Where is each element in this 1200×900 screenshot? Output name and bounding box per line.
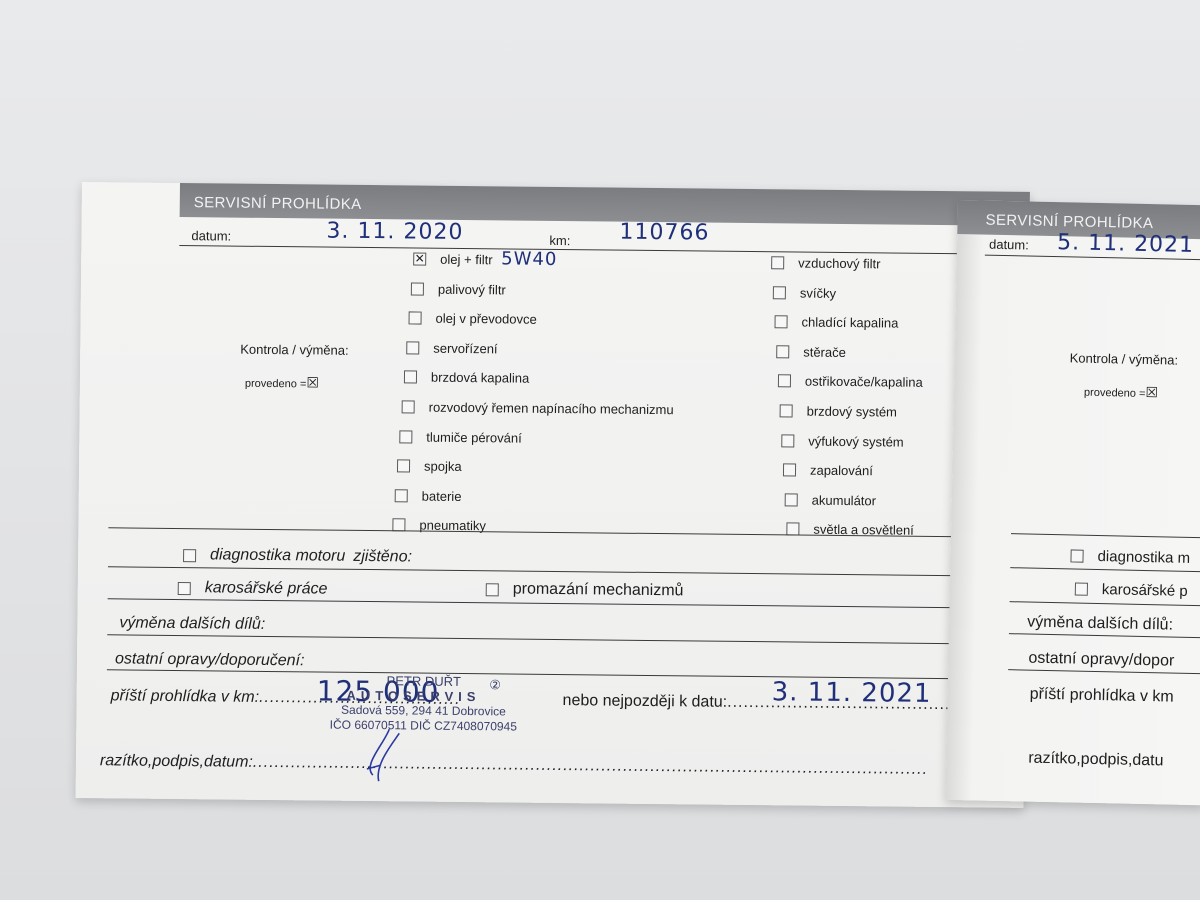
checklist-item-label: vzduchový filtr	[798, 256, 881, 272]
diagnostika-row[interactable]: diagnostika m	[1070, 547, 1190, 567]
checklist-item[interactable]: rozvodový řemen napínacího mechanizmu	[402, 399, 674, 417]
service-stamp: PETR DUŘT AUTOSERVIS ② Sadová 559, 294 4…	[288, 672, 559, 735]
karosarske-label: karosářské p	[1102, 581, 1188, 600]
karosarske-row[interactable]: karosářské práce	[178, 579, 328, 599]
checklist-item-label: spojka	[424, 459, 462, 474]
checklist-item[interactable]: ✕olej + filtr	[413, 251, 493, 267]
checklist-item[interactable]: chladící kapalina	[774, 314, 898, 330]
checklist-item[interactable]: olej v převodovce	[409, 311, 537, 327]
checklist-item[interactable]: palivový filtr	[411, 281, 506, 297]
checklist-item[interactable]: tlumiče pérování	[399, 429, 522, 445]
razitko-label: razítko,podpis,datu	[1028, 750, 1164, 771]
datum-value: 3. 11. 2020	[326, 219, 463, 245]
checkbox-diagnostika[interactable]	[1070, 549, 1083, 562]
checkbox[interactable]	[409, 312, 422, 325]
checklist-item[interactable]: brzdový systém	[780, 403, 897, 419]
checkbox[interactable]	[399, 430, 412, 443]
service-record-page-2021: SERVISNÍ PROHLÍDKA datum: 5. 11. 2021 Ko…	[945, 200, 1200, 805]
checkbox-karosarske[interactable]	[178, 582, 191, 595]
checklist-item-label: olej v převodovce	[436, 311, 537, 327]
provedeno-legend: provedeno =☒	[1084, 383, 1158, 402]
checklist-item-label: zapalování	[810, 463, 873, 479]
checkbox[interactable]	[781, 434, 794, 447]
stamp-mark: ②	[489, 677, 501, 692]
checkbox[interactable]	[397, 460, 410, 473]
checklist-item[interactable]: baterie	[395, 488, 462, 504]
checklist-item-label: baterie	[422, 488, 462, 503]
checklist-item[interactable]: servořízení	[406, 340, 497, 356]
checklist-item[interactable]: stěrače	[776, 344, 846, 360]
checklist-item[interactable]: zapalování	[783, 463, 873, 479]
checklist-item-label: chladící kapalina	[801, 315, 898, 331]
datum-underline	[179, 245, 1029, 255]
checkbox[interactable]	[402, 400, 415, 413]
page-header: SERVISNÍ PROHLÍDKA	[180, 183, 1030, 226]
stamp-ids: IČO 66070511 DIČ CZ7408070945	[288, 717, 558, 735]
vymena-label: výměna dalších dílů:	[1027, 614, 1173, 635]
vymena-underline	[107, 634, 997, 644]
karosarske-underline	[1010, 601, 1200, 607]
checklist-bottom-rule	[1011, 533, 1200, 539]
karosarske-underline	[108, 598, 998, 608]
checklist-item[interactable]: spojka	[397, 459, 462, 475]
checkbox[interactable]	[778, 375, 791, 388]
checkbox[interactable]	[404, 371, 417, 384]
karosarske-label: karosářské práce	[205, 579, 328, 598]
nebo-value: 3. 11. 2021	[772, 677, 932, 709]
checklist-item-label: olej + filtr	[440, 252, 493, 268]
ostatni-label: ostatní opravy/dopor	[1028, 650, 1174, 671]
service-record-page-2020: SERVISNÍ PROHLÍDKA datum: 3. 11. 2020 km…	[76, 182, 1030, 808]
zjisteno-label: zjištěno:	[353, 548, 412, 567]
checklist-item[interactable]: ostřikovače/kapalina	[778, 374, 923, 391]
checkbox[interactable]	[406, 341, 419, 354]
diagnostika-underline	[108, 566, 998, 576]
datum-value: 5. 11. 2021	[1057, 230, 1194, 258]
checklist-item-label: akumulátor	[812, 492, 876, 508]
checkbox-diagnostika[interactable]	[183, 549, 196, 562]
checklist-item[interactable]: akumulátor	[785, 492, 876, 508]
provedeno-label: provedeno =	[1084, 387, 1146, 400]
checked-box-icon: ☒	[1145, 384, 1158, 400]
checklist-item[interactable]: výfukový systém	[781, 433, 904, 449]
pristi-km-label: příští prohlídka v km	[1029, 686, 1173, 707]
checkbox-checked[interactable]: ✕	[413, 252, 426, 265]
checkbox[interactable]	[780, 404, 793, 417]
kontrola-label: Kontrola / výměna:	[1070, 350, 1179, 367]
checklist-item-label: brzdový systém	[807, 404, 897, 420]
nebo-text: nebo nejpozději k datu:	[563, 692, 728, 711]
checklist-item-label: výfukový systém	[808, 433, 904, 449]
datum-label: datum:	[989, 237, 1029, 253]
signature	[361, 725, 402, 785]
diagnostika-label: diagnostika motoru	[210, 546, 345, 565]
checkbox-promazani[interactable]	[486, 583, 499, 596]
dotted-fill: ........................................…	[253, 754, 928, 778]
checkbox[interactable]	[776, 345, 789, 358]
checklist-item[interactable]: brzdová kapalina	[404, 370, 529, 386]
checkbox[interactable]	[395, 489, 408, 502]
vymena-label: výměna dalších dílů:	[119, 614, 265, 634]
provedeno-label: provedeno =	[245, 378, 307, 391]
checklist-item-label: stěrače	[803, 344, 846, 359]
checklist-item-label: rozvodový řemen napínacího mechanizmu	[429, 400, 674, 418]
checkbox-karosarske[interactable]	[1075, 583, 1088, 596]
provedeno-legend: provedeno =☒	[245, 374, 319, 392]
checklist-item[interactable]: vzduchový filtr	[771, 255, 881, 271]
checkbox[interactable]	[785, 493, 798, 506]
oil-spec-note: 5W40	[501, 248, 557, 270]
promazani-label: promazání mechanizmů	[513, 581, 684, 601]
checkbox[interactable]	[773, 286, 786, 299]
pristi-km-text: příští prohlídka v km:	[111, 687, 260, 706]
kontrola-label: Kontrola / výměna:	[240, 342, 349, 358]
checklist-item-label: brzdová kapalina	[431, 370, 529, 386]
checklist-item-label: palivový filtr	[438, 281, 506, 297]
checklist-item-label: ostřikovače/kapalina	[805, 374, 923, 390]
diagnostika-underline	[1010, 567, 1200, 573]
datum-label: datum:	[191, 228, 231, 243]
checkbox[interactable]	[771, 256, 784, 269]
checklist-item-label: servořízení	[433, 340, 497, 356]
checked-box-icon: ☒	[306, 374, 319, 390]
checklist-item[interactable]: svíčky	[773, 285, 836, 301]
checkbox[interactable]	[783, 464, 796, 477]
razitko-text: razítko,podpis,datum:	[100, 752, 253, 771]
diagnostika-label: diagnostika m	[1097, 548, 1190, 567]
razitko-label: razítko,podpis,datum:...................…	[100, 752, 928, 779]
karosarske-row[interactable]: karosářské p	[1075, 581, 1188, 600]
km-value: 110766	[619, 220, 709, 246]
promazani-row[interactable]: promazání mechanizmů	[486, 580, 684, 600]
checkbox[interactable]	[411, 282, 424, 295]
checklist-item-label: svíčky	[800, 285, 836, 300]
ostatni-label: ostatní opravy/doporučení:	[115, 650, 305, 670]
km-label: km:	[549, 233, 570, 248]
stamp-brand-text: AUTOSERVIS	[346, 688, 480, 704]
checkbox[interactable]	[775, 315, 788, 328]
checklist-item-label: tlumiče pérování	[426, 429, 522, 445]
diagnostika-row[interactable]: diagnostika motoru zjištěno:	[183, 546, 412, 566]
